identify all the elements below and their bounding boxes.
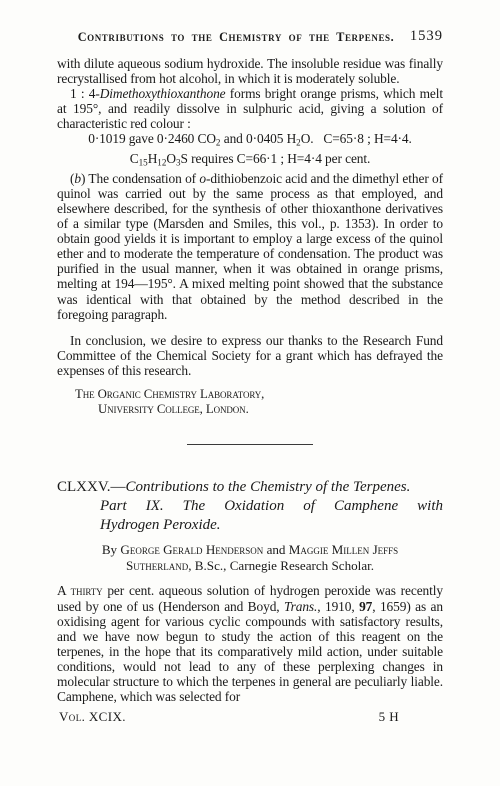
affiliation-line-2: University College, London. bbox=[57, 402, 443, 417]
section-divider bbox=[187, 444, 313, 445]
elemental-analysis: 0·1019 gave 0·2460 CO2 and 0·0405 H2O. C… bbox=[57, 131, 443, 170]
analysis-line-found: 0·1019 gave 0·2460 CO2 and 0·0405 H2O. C… bbox=[57, 131, 443, 151]
intro-paragraph: A thirty per cent. aqueous solution of h… bbox=[57, 583, 443, 704]
page-footer: Vol. XCIX. 5 H bbox=[57, 709, 443, 725]
title-line-2: Part IX. The Oxidation of Camphene with bbox=[57, 497, 443, 516]
article-end-section: with dilute aqueous sodium hydroxide. Th… bbox=[57, 56, 443, 418]
analysis-line-required: C15H12O3S requires C=66·1 ; H=4·4 per ce… bbox=[57, 151, 443, 171]
title-line-3: Hydrogen Peroxide. bbox=[57, 516, 443, 535]
signature-mark: 5 H bbox=[379, 709, 399, 725]
running-title: Contributions to the Chemistry of the Te… bbox=[78, 30, 395, 44]
journal-page: Contributions to the Chemistry of the Te… bbox=[0, 0, 500, 786]
affiliation-line-1: The Organic Chemistry Laboratory, bbox=[57, 387, 443, 402]
volume-label: Vol. XCIX. bbox=[57, 709, 126, 725]
byline: By George Gerald Henderson and Maggie Mi… bbox=[57, 542, 443, 574]
paragraph-dimethoxythioxanthone: 1 : 4-Dimethoxythioxanthone forms bright… bbox=[57, 86, 443, 131]
affiliation: The Organic Chemistry Laboratory, Univer… bbox=[57, 387, 443, 418]
page-number: 1539 bbox=[410, 28, 443, 45]
paragraph-condensation: (b) The condensation of o-dithiobenzoic … bbox=[57, 171, 443, 322]
page-header: Contributions to the Chemistry of the Te… bbox=[57, 30, 443, 45]
paragraph-acknowledgement: In conclusion, we desire to express our … bbox=[57, 333, 443, 378]
paragraph-sodium-hydroxide: with dilute aqueous sodium hydroxide. Th… bbox=[57, 56, 443, 86]
article-start-section: CLXXV.—Contributions to the Chemistry of… bbox=[57, 478, 443, 705]
title-line-1: CLXXV.—Contributions to the Chemistry of… bbox=[57, 478, 443, 497]
article-title: CLXXV.—Contributions to the Chemistry of… bbox=[57, 478, 443, 536]
